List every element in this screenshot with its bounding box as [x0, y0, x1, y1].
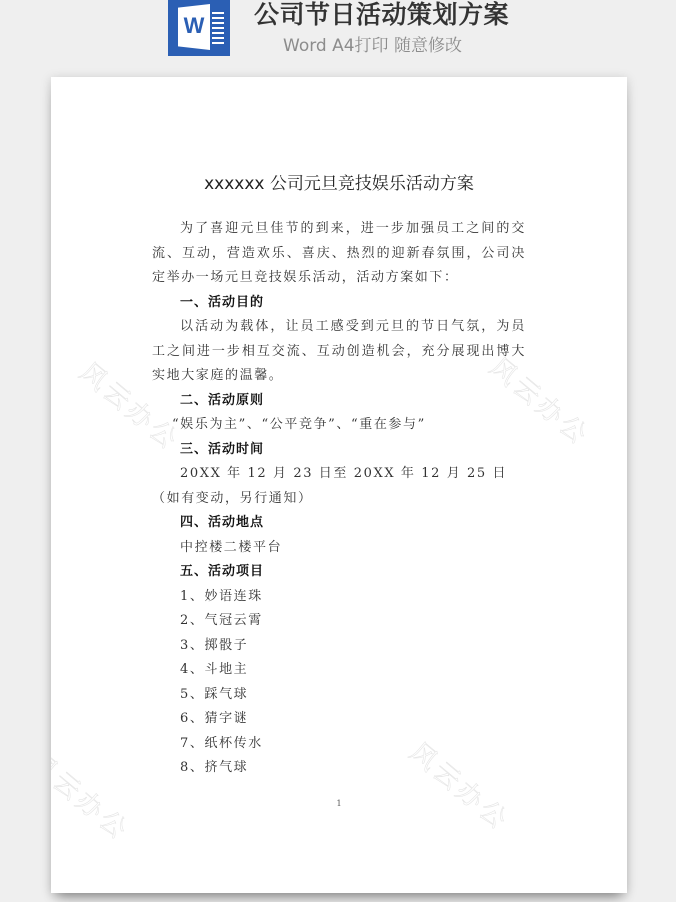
section-heading-purpose: 一、活动目的	[152, 291, 526, 316]
list-item: 4、斗地主	[152, 658, 526, 683]
list-item: 8、挤气球	[152, 756, 526, 781]
document-title: xxxxxx 公司元旦竞技娱乐活动方案	[51, 172, 627, 196]
section-heading-location: 四、活动地点	[152, 511, 526, 536]
list-item: 7、纸杯传水	[152, 732, 526, 757]
list-item: 6、猜字谜	[152, 707, 526, 732]
section-heading-time: 三、活动时间	[152, 438, 526, 463]
word-icon-letter: W	[180, 14, 208, 38]
document-page: 风云办公 风云办公 风云办公 风云办公 xxxxxx 公司元旦竞技娱乐活动方案 …	[51, 77, 627, 893]
word-icon-lines	[212, 12, 224, 47]
list-item: 1、妙语连珠	[152, 585, 526, 610]
banner-subtitle: Word A4打印 随意修改	[283, 35, 462, 57]
page-number: 1	[51, 799, 627, 808]
section-content-principle: “娱乐为主”、“公平竞争”、“重在参与”	[152, 413, 526, 438]
section-content-purpose: 以活动为载体，让员工感受到元旦的节日气氛，为员工之间进一步相互交流、互动创造机会…	[152, 315, 526, 389]
list-item: 2、气冠云霄	[152, 609, 526, 634]
list-item: 3、掷骰子	[152, 634, 526, 659]
section-heading-principle: 二、活动原则	[152, 389, 526, 414]
word-icon: W	[168, 0, 230, 56]
header-banner: W 公司节日活动策划方案 Word A4打印 随意修改	[0, 0, 676, 62]
section-heading-items: 五、活动项目	[152, 560, 526, 585]
list-item: 5、踩气球	[152, 683, 526, 708]
section-content-location: 中控楼二楼平台	[152, 536, 526, 561]
section-content-time: 20XX 年 12 月 23 日至 20XX 年 12 月 25 日（如有变动，…	[152, 462, 526, 511]
watermark: 风云办公	[51, 743, 139, 848]
banner-title: 公司节日活动策划方案	[254, 0, 509, 30]
intro-paragraph: 为了喜迎元旦佳节的到来，进一步加强员工之间的交流、互动，营造欢乐、喜庆、热烈的迎…	[152, 217, 526, 291]
document-body: 为了喜迎元旦佳节的到来，进一步加强员工之间的交流、互动，营造欢乐、喜庆、热烈的迎…	[152, 217, 526, 781]
